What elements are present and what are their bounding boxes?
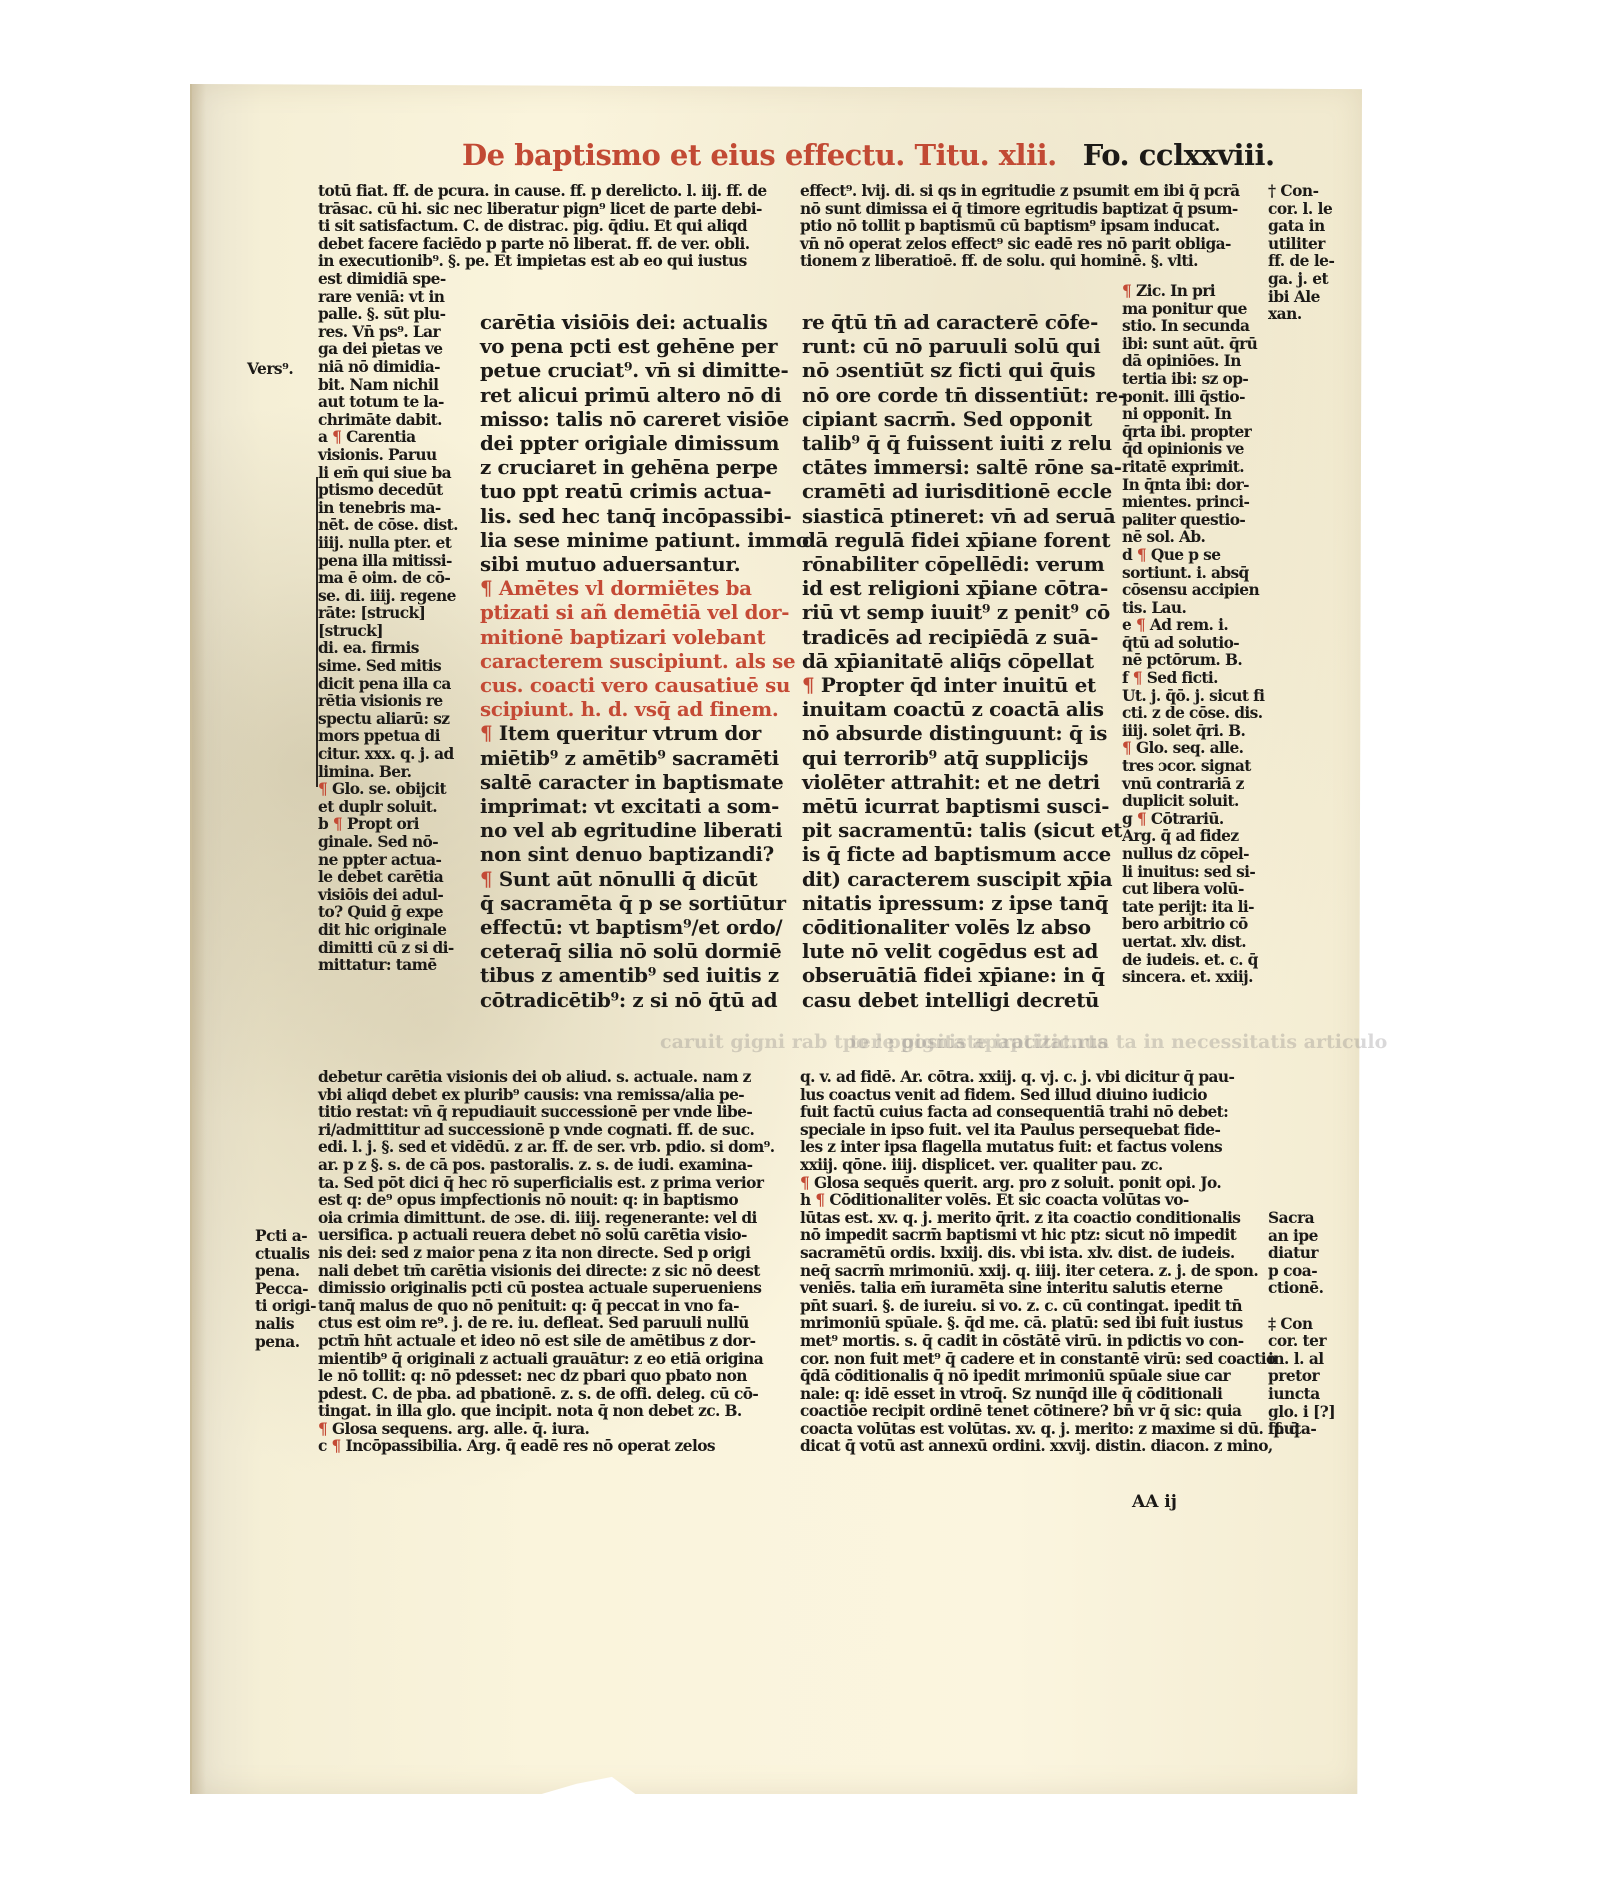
paragraph-mark-icon: ¶ bbox=[802, 673, 814, 697]
gloss-line: xxiij. qōne. iiij. displicet. ver. quali… bbox=[800, 1157, 1299, 1175]
gloss-line: visiōis dei adul- bbox=[318, 887, 458, 905]
text-line: obseruātiā fidei xp̄iane: in q̄ bbox=[802, 963, 1126, 987]
gloss-line: e ¶ Ad rem. i. bbox=[1122, 617, 1264, 635]
gloss-line: lus coactus venit ad fidem. Sed illud di… bbox=[800, 1087, 1299, 1105]
gloss-line: veniēs. talia em̄ iuramēta sine interitu… bbox=[800, 1280, 1299, 1298]
ghost-line: ter pposita apaptizat.rta bbox=[850, 1031, 1109, 1053]
gloss-line: le nō tollit: q: nō pdesset: nec dz pbar… bbox=[318, 1368, 775, 1386]
gloss-line: Arg. q̄ ad fidez bbox=[1122, 828, 1264, 846]
gloss-line: pdest. C. de pba. ad pbationē. z. s. de … bbox=[318, 1386, 775, 1404]
margin-line: Sacra bbox=[1268, 1210, 1335, 1228]
text-line: dei ppter origiale dimissum bbox=[480, 431, 809, 455]
gloss-line: iiij. nulla pter. et bbox=[318, 535, 458, 553]
margin-line bbox=[1268, 1298, 1335, 1316]
text-line: pit sacramentū: talis (sicut et bbox=[802, 818, 1126, 842]
text-line: petue cruciat⁹. vn̄ si dimitte- bbox=[480, 358, 809, 382]
margin-line: utiliter bbox=[1268, 236, 1334, 254]
gloss-line: speciale in ipso fuit. vel ita Paulus pe… bbox=[800, 1122, 1299, 1140]
text-line: inuitam coactū z coactā alis bbox=[802, 697, 1126, 721]
gloss-line: dimitti cū z si di- bbox=[318, 940, 458, 958]
gloss-line: ta. Sed pōt dici q̄ hec rō superficialis… bbox=[318, 1175, 775, 1193]
gloss-line: coacta volūtas est volūtas. xv. q. j. me… bbox=[800, 1421, 1299, 1439]
gloss-line: totū fiat. ff. de pcura. in cause. ff. p… bbox=[318, 183, 767, 201]
rubric-line: ¶ Amētes vl dormiētes ba bbox=[480, 576, 809, 600]
gloss-line: cut libera volū- bbox=[1122, 881, 1264, 899]
gloss-line: visionis. Paruu bbox=[318, 447, 458, 465]
gloss-line: paliter questio- bbox=[1122, 512, 1264, 530]
gloss-line: dit hic originale bbox=[318, 922, 458, 940]
text-line: id est religioni xp̄iane cōtra- bbox=[802, 576, 1126, 600]
margin-line: pena. bbox=[255, 1334, 316, 1352]
gloss-line: ¶ Zic. In pri bbox=[1122, 283, 1264, 301]
gloss-line: mientib⁹ q̄ originali z actuali grauātur… bbox=[318, 1351, 775, 1369]
gloss-line: mittatur: tamē bbox=[318, 957, 458, 975]
text-line: ¶ Propter q̄d inter inuitū et bbox=[802, 673, 1126, 697]
paragraph-mark-icon: ¶ bbox=[480, 867, 492, 891]
gloss-line: ginale. Sed nō- bbox=[318, 834, 458, 852]
gloss-line: spectu aliarū: sz bbox=[318, 711, 458, 729]
paragraph-mark-icon: ¶ bbox=[1137, 810, 1146, 828]
gloss-line: ni opponit. In bbox=[1122, 406, 1264, 424]
margin-line: cor. ter bbox=[1268, 1333, 1335, 1351]
gloss-line: res. Vn̄ ps⁹. Lar bbox=[318, 324, 458, 342]
text-line: ret alicui primū altero nō di bbox=[480, 383, 809, 407]
margin-line: ti origi- bbox=[255, 1298, 316, 1316]
text-line: dit) caracterem suscipit xp̄ia bbox=[802, 867, 1126, 891]
gloss-line: est q: de⁹ opus impfectionis nō nouit: q… bbox=[318, 1192, 775, 1210]
gloss-line: chrimāte dabit. bbox=[318, 412, 458, 430]
text-line: nō ore corde tn̄ dissentiūt: re- bbox=[802, 383, 1126, 407]
gloss-line: ¶ Glo. se. obijcit bbox=[318, 781, 458, 799]
main-text-column-right: re q̄tū tn̄ ad caracterē cōfe- runt: cū … bbox=[802, 310, 1126, 1012]
gloss-line: nē sol. Ab. bbox=[1122, 529, 1264, 547]
gloss-line: nō sunt dimissa ei q̄ timore egritudis b… bbox=[800, 201, 1240, 219]
paragraph-mark-icon: ¶ bbox=[1137, 546, 1146, 564]
margin-line: gata in bbox=[1268, 218, 1334, 236]
text-line: saltē caracter in baptismate bbox=[480, 770, 809, 794]
gloss-line: pena illa mitissi- bbox=[318, 553, 458, 571]
gloss-line: q. v. ad fidē. Ar. cōtra. xxiij. q. vj. … bbox=[800, 1069, 1299, 1087]
gloss-line: fuit factū cuius facta ad consequentiā t… bbox=[800, 1104, 1299, 1122]
gloss-line: mientes. princi- bbox=[1122, 494, 1264, 512]
paragraph-mark-icon: ¶ bbox=[815, 1191, 824, 1209]
top-gloss-left: totū fiat. ff. de pcura. in cause. ff. p… bbox=[318, 183, 767, 271]
gloss-line: duplicit soluit. bbox=[1122, 793, 1264, 811]
margin-line: nalis bbox=[255, 1316, 316, 1334]
gloss-line: nale: q: idē esset in vtroq̄. Sz nunq̄d … bbox=[800, 1386, 1299, 1404]
gloss-line: et duplr soluit. bbox=[318, 799, 458, 817]
text-line: lia sese minime patiunt. immo bbox=[480, 528, 809, 552]
gloss-line: effect⁹. lvij. di. si qs in egritudie z … bbox=[800, 183, 1240, 201]
gloss-line: est dimidiā spe- bbox=[318, 271, 458, 289]
gloss-line: limina. Ber. bbox=[318, 764, 458, 782]
text-line: rōnabiliter cōpellēdi: verum bbox=[802, 552, 1126, 576]
gloss-line: ar. p z §. s. de cā pos. pastoralis. z. … bbox=[318, 1157, 775, 1175]
gloss-line: ptio nō tollit p baptismū cū baptism⁹ ip… bbox=[800, 218, 1240, 236]
gloss-line: niā nō dimidia- bbox=[318, 359, 458, 377]
gloss-line: uersifica. p actuali reuera debet nō sol… bbox=[318, 1227, 775, 1245]
gloss-line: debet facere faciēdo p parte nō liberat.… bbox=[318, 236, 767, 254]
margin-line: † Con- bbox=[1268, 183, 1334, 201]
paragraph-mark-icon: ¶ bbox=[318, 1420, 327, 1438]
text-line: vo pena pcti est gehēne per bbox=[480, 334, 809, 358]
main-text-column-left: carētia visiōis dei: actualis vo pena pc… bbox=[480, 310, 809, 1012]
gloss-line: di. ea. firmis bbox=[318, 640, 458, 658]
outer-margin-note-bottom: Sacra an ipe diatur p coa- ctionē. ‡ Con… bbox=[1268, 1210, 1335, 1439]
text-line: runt: cū nō paruuli solū qui bbox=[802, 334, 1126, 358]
text-line: cōditionaliter volēs lz abso bbox=[802, 915, 1126, 939]
ghost-line: ta in necessitatis articulo bbox=[1116, 1031, 1388, 1053]
margin-line: in. l. al bbox=[1268, 1351, 1335, 1369]
gloss-line: bero arbitrio cō bbox=[1122, 916, 1264, 934]
gloss-line: In q̄nta ibi: dor- bbox=[1122, 477, 1264, 495]
paragraph-mark-icon: ¶ bbox=[332, 1437, 341, 1455]
text-line: imprimat: vt excitati a som- bbox=[480, 794, 809, 818]
text-line: ¶ Sunt aūt nōnulli q̄ dicūt bbox=[480, 867, 809, 891]
gloss-line: in executionib⁹. §. pe. Et impietas est … bbox=[318, 253, 767, 271]
gloss-line: edi. l. j. §. sed et vidēdū. z ar. ff. d… bbox=[318, 1139, 775, 1157]
gloss-line: tertia ibi: sz op- bbox=[1122, 371, 1264, 389]
gloss-line: g ¶ Cōtrariū. bbox=[1122, 811, 1264, 829]
gloss-line: ponit. illi q̄stio- bbox=[1122, 389, 1264, 407]
margin-line: an ipe bbox=[1268, 1228, 1335, 1246]
gloss-line: ne ppter actua- bbox=[318, 852, 458, 870]
gloss-line: h ¶ Cōditionaliter volēs. Et sic coacta … bbox=[800, 1192, 1299, 1210]
paragraph-mark-icon: ¶ bbox=[332, 428, 341, 446]
rubric-line: scipiunt. h. d. vsq̄ ad finem. bbox=[480, 697, 809, 721]
gloss-line: iiij. solet q̄ri. B. bbox=[1122, 723, 1264, 741]
gloss-line: le debet carētia bbox=[318, 869, 458, 887]
margin-line: Pcti a- bbox=[255, 1228, 316, 1246]
paragraph-mark-icon: ¶ bbox=[333, 815, 342, 833]
gloss-line: rāte: [struck] bbox=[318, 605, 458, 623]
gloss-line: nēt. de cōse. dist. bbox=[318, 517, 458, 535]
text-line: nitatis ipressum: z ipse tanq̄ bbox=[802, 891, 1126, 915]
gloss-line: tis. Lau. bbox=[1122, 600, 1264, 618]
gloss-line: nō impedit sacrm̄ baptismi vt hic ptz: s… bbox=[800, 1227, 1299, 1245]
right-gloss-column: ¶ Zic. In pri ma ponitur que stio. In se… bbox=[1122, 283, 1264, 987]
paragraph-mark-icon: ¶ bbox=[480, 576, 492, 600]
gloss-line: mrimoniū spūale. §. q̄d me. cā. platū: s… bbox=[800, 1315, 1299, 1333]
paragraph-mark-icon: ¶ bbox=[1136, 616, 1145, 634]
text-line: miētib⁹ z amētib⁹ sacramēti bbox=[480, 746, 809, 770]
rubric-line: ptizati si añ demētiā vel dor- bbox=[480, 600, 809, 624]
gloss-line: neq̄ sacrm̄ mrimoniū. xxij. q. iiij. ite… bbox=[800, 1263, 1299, 1281]
text-line: ¶ Item queritur vtrum dor bbox=[480, 721, 809, 745]
gloss-line: ¶ Glo. seq. alle. bbox=[1122, 740, 1264, 758]
margin-line: glo. i [?] bbox=[1268, 1404, 1335, 1422]
deckled-edge bbox=[190, 84, 206, 1794]
text-line: riū vt semp iuuit⁹ z penit⁹ cō bbox=[802, 600, 1126, 624]
gloss-line: uertat. xlv. dist. bbox=[1122, 934, 1264, 952]
gloss-line: trāsac. cū hi. sic nec liberatur pign⁹ l… bbox=[318, 201, 767, 219]
gloss-line: ptismo decedūt bbox=[318, 482, 458, 500]
margin-note-vers: Vers⁹. bbox=[247, 361, 293, 379]
gloss-line: li em̄ qui siue ba bbox=[318, 465, 458, 483]
text-line: misso: talis nō careret visiōe bbox=[480, 407, 809, 431]
text-line: dā regulā fidei xp̄iane forent bbox=[802, 528, 1126, 552]
gloss-line: q̄d opinionis ve bbox=[1122, 441, 1264, 459]
gloss-line: sortiunt. i. absq̄ bbox=[1122, 565, 1264, 583]
text-line: cipiant sacrm̄. Sed opponit bbox=[802, 407, 1126, 431]
chapter-title: De baptismo et eius effectu. Titu. xlii. bbox=[462, 138, 1057, 172]
text-line: talib⁹ q̄ q̄ fuissent iuiti z relu bbox=[802, 431, 1126, 455]
text-line: casu debet intelligi decretū bbox=[802, 988, 1126, 1012]
text-line: is q̄ ficte ad baptismum acce bbox=[802, 842, 1126, 866]
margin-line: pena. bbox=[255, 1263, 316, 1281]
gloss-line: in tenebris ma- bbox=[318, 500, 458, 518]
outer-margin-note: † Con- cor. l. le gata in utiliter ff. d… bbox=[1268, 183, 1334, 324]
gloss-line: pn̄t suari. §. de iureiu. si vo. z. c. c… bbox=[800, 1298, 1299, 1316]
gloss-line: ¶ Glosa sequēs querit. arg. pro z soluit… bbox=[800, 1175, 1299, 1193]
gloss-line: ibi: sunt aūt. q̄rū bbox=[1122, 336, 1264, 354]
gloss-line: vn̄ nō operat zelos effect⁹ sic eadē res… bbox=[800, 236, 1240, 254]
margin-line: ctualis bbox=[255, 1246, 316, 1264]
text-line: dā xp̄ianitatē aliq̄s cōpellat bbox=[802, 649, 1126, 673]
margin-line: ctionē. bbox=[1268, 1280, 1335, 1298]
gloss-line: sime. Sed mitis bbox=[318, 658, 458, 676]
gloss-line: sacramētū ordis. lxxiij. dis. vbi ista. … bbox=[800, 1245, 1299, 1263]
gloss-line: ma ē oim. de cō- bbox=[318, 570, 458, 588]
gloss-line: rare veniā: vt in bbox=[318, 289, 458, 307]
text-line: nō absurde distinguunt: q̄ is bbox=[802, 721, 1126, 745]
gloss-line: cōsensu accipien bbox=[1122, 582, 1264, 600]
text-line: lis. sed hec tanq̄ incōpassibi- bbox=[480, 504, 809, 528]
text-line: mētū icurrat baptismi susci- bbox=[802, 794, 1126, 818]
gloss-line: f ¶ Sed ficti. bbox=[1122, 670, 1264, 688]
gloss-line: citur. xxx. q. j. ad bbox=[318, 746, 458, 764]
gloss-line: sincera. et. xxiij. bbox=[1122, 969, 1264, 987]
gloss-line: rētia visionis re bbox=[318, 693, 458, 711]
margin-line: Pecca- bbox=[255, 1281, 316, 1299]
gloss-line: nali debet tm̄ carētia visionis dei dire… bbox=[318, 1263, 775, 1281]
gloss-line: ri/admittitur ad successionē p vnde cogn… bbox=[318, 1122, 775, 1140]
text-line: tibus z amentib⁹ sed iuitis z bbox=[480, 963, 809, 987]
running-header: De baptismo et eius effectu. Titu. xlii.… bbox=[462, 138, 1275, 178]
margin-line: cor. l. le bbox=[1268, 201, 1334, 219]
rubric-line: caracterem suscipiunt. als se bbox=[480, 649, 809, 673]
margin-line: iputa- bbox=[1268, 1421, 1335, 1439]
gloss-line: dicat q̄ votū ast annexū ordini. xxvij. … bbox=[800, 1438, 1299, 1456]
gloss-line: c ¶ Incōpassibilia. Arg. q̄ eadē res nō … bbox=[318, 1438, 775, 1456]
gloss-line: stio. In secunda bbox=[1122, 318, 1264, 336]
margin-line: diatur bbox=[1268, 1245, 1335, 1263]
gloss-line: q̄rta ibi. propter bbox=[1122, 424, 1264, 442]
margin-line: ibi Ale bbox=[1268, 289, 1334, 307]
text-line: non sint denuo baptizandi? bbox=[480, 842, 809, 866]
text-line: nō ɔsentiūt sz ficti qui q̄uis bbox=[802, 358, 1126, 382]
gloss-line: ctus est oim re⁹. j. de re. iu. defleat.… bbox=[318, 1315, 775, 1333]
rubric-line: mitionē baptizari volebant bbox=[480, 625, 809, 649]
ghost-line: caruit gigni rab tpo bbox=[660, 1031, 869, 1053]
gloss-line: d ¶ Que p se bbox=[1122, 547, 1264, 565]
folio-number: Fo. cclxxviii. bbox=[1083, 138, 1275, 172]
paragraph-mark-icon: ¶ bbox=[1122, 282, 1131, 300]
bottom-gloss-left: debetur carētia visionis dei ob aliud. s… bbox=[318, 1069, 775, 1456]
gloss-line: [struck] bbox=[318, 623, 458, 641]
bottom-gloss-right: q. v. ad fidē. Ar. cōtra. xxiij. q. vj. … bbox=[800, 1069, 1299, 1456]
margin-line: Vers⁹. bbox=[247, 360, 293, 378]
margin-line: p coa- bbox=[1268, 1263, 1335, 1281]
gloss-line: nullus dz cōpel- bbox=[1122, 846, 1264, 864]
left-gloss-column: est dimidiā spe- rare veniā: vt in palle… bbox=[318, 271, 458, 975]
show-through-text: ter pposita apaptizat.rta ta in necessit… bbox=[850, 1030, 1387, 1054]
gloss-line: aut totum te la- bbox=[318, 394, 458, 412]
paragraph-mark-icon: ¶ bbox=[318, 780, 327, 798]
paragraph-mark-icon: ¶ bbox=[800, 1174, 809, 1192]
gloss-line: titio restat: vn̄ q̄ repudiauit successi… bbox=[318, 1104, 775, 1122]
text-line: no vel ab egritudine liberati bbox=[480, 818, 809, 842]
text-line: q̄ sacramēta q̄ p se sortiūtur bbox=[480, 891, 809, 915]
gloss-line: li inuitus: sed si- bbox=[1122, 864, 1264, 882]
text-line: effectū: vt baptism⁹/et ordo/ bbox=[480, 915, 809, 939]
gloss-line: tate perijt: ita li- bbox=[1122, 899, 1264, 917]
text-line: cramēti ad iurisditionē eccle bbox=[802, 479, 1126, 503]
text-line: sibi mutuo aduersantur. bbox=[480, 552, 809, 576]
signature-mark: AA ij bbox=[1132, 1492, 1177, 1512]
gloss-line: vnū contrariā z bbox=[1122, 776, 1264, 794]
margin-line: pretor bbox=[1268, 1368, 1335, 1386]
gloss-line: mors ppetua di bbox=[318, 728, 458, 746]
gloss-line: tres ɔcor. signat bbox=[1122, 758, 1264, 776]
gloss-line: q̄dā cōditionalis q̄ nō ipedit mrimoniū … bbox=[800, 1368, 1299, 1386]
margin-line: ga. j. et bbox=[1268, 271, 1334, 289]
gloss-line: ga dei pietas ve bbox=[318, 341, 458, 359]
text-line: qui terrorib⁹ atq̄ supplicijs bbox=[802, 746, 1126, 770]
text-line: ceteraq̄ silia nō solū dormiē bbox=[480, 939, 809, 963]
margin-note-pena: Pcti a- ctualis pena. Pecca- ti origi- n… bbox=[255, 1228, 316, 1351]
gloss-line: pctm̄ hn̄t actuale et ideo nō est sile d… bbox=[318, 1333, 775, 1351]
text-line: violēter attrahit: et ne detri bbox=[802, 770, 1126, 794]
margin-line: ff. de le- bbox=[1268, 253, 1334, 271]
gloss-line: de iudeis. et. c. q̄ bbox=[1122, 952, 1264, 970]
gloss-line: ¶ Glosa sequens. arg. alle. q̄. iura. bbox=[318, 1421, 775, 1439]
gloss-line: palle. §. sūt plu- bbox=[318, 306, 458, 324]
gloss-line: oia crimia dimittunt. de ɔse. di. iiij. … bbox=[318, 1210, 775, 1228]
text-line: lute nō velit cogēdus est ad bbox=[802, 939, 1126, 963]
gloss-line: ritatē exprimit. bbox=[1122, 459, 1264, 477]
gloss-line: bit. Nam nichil bbox=[318, 377, 458, 395]
gloss-line: les z inter ipsa flagella mutatus fuit: … bbox=[800, 1139, 1299, 1157]
rubric-line: cus. coacti vero causatiuē su bbox=[480, 673, 809, 697]
gloss-line: lūtas est. xv. q. j. merito q̄rit. z ita… bbox=[800, 1210, 1299, 1228]
gloss-line: coactiōe recipit ordinē tenet cōtinere? … bbox=[800, 1403, 1299, 1421]
gloss-line: Ut. j. q̄ō. j. sicut fi bbox=[1122, 688, 1264, 706]
margin-line: xan. bbox=[1268, 306, 1334, 324]
text-line: tuo ppt reatū crimis actua- bbox=[480, 479, 809, 503]
top-gloss-right: effect⁹. lvij. di. si qs in egritudie z … bbox=[800, 183, 1240, 271]
text-line: siasticā ptineret: vn̄ ad seruā bbox=[802, 504, 1126, 528]
gloss-line: nē pctōrum. B. bbox=[1122, 652, 1264, 670]
gloss-line: dicit pena illa ca bbox=[318, 676, 458, 694]
gloss-line: b ¶ Propt ori bbox=[318, 816, 458, 834]
gloss-line: ti sit satisfactum. C. de distrac. pig. … bbox=[318, 218, 767, 236]
text-line: cōtradicētib⁹: z si nō q̄tū ad bbox=[480, 988, 809, 1012]
text-line: z cruciaret in gehēna perpe bbox=[480, 455, 809, 479]
gloss-line: to? Quid ḡ expe bbox=[318, 904, 458, 922]
paragraph-mark-icon: ¶ bbox=[1133, 669, 1142, 687]
gloss-line: cti. z de cōse. dis. bbox=[1122, 705, 1264, 723]
gloss-line: cor. non fuit met⁹ q̄ cadere et in const… bbox=[800, 1351, 1299, 1369]
text-line: carētia visiōis dei: actualis bbox=[480, 310, 809, 334]
gloss-line: se. di. iiij. regene bbox=[318, 588, 458, 606]
margin-line: ‡ Con bbox=[1268, 1316, 1335, 1334]
gloss-line: tanq̄ malus de quo nō penituit: q: q̄ pe… bbox=[318, 1298, 775, 1316]
gloss-line: met⁹ mortis. s. q̄ cadit in cōstātē virū… bbox=[800, 1333, 1299, 1351]
gloss-line: tingat. in illa glo. que incipit. nota q… bbox=[318, 1403, 775, 1421]
gloss-line: dimissio originalis pcti cū postea actua… bbox=[318, 1280, 775, 1298]
gloss-line: vbi aliqd debet ex plurib⁹ causis: vna r… bbox=[318, 1087, 775, 1105]
text-line: re q̄tū tn̄ ad caracterē cōfe- bbox=[802, 310, 1126, 334]
gloss-line: nis dei: sed z maior pena z ita non dire… bbox=[318, 1245, 775, 1263]
gloss-line: a ¶ Carentia bbox=[318, 429, 458, 447]
text-line: ctātes immersi: saltē rōne sa- bbox=[802, 455, 1126, 479]
margin-line: iuncta bbox=[1268, 1386, 1335, 1404]
paragraph-mark-icon: ¶ bbox=[1122, 739, 1131, 757]
gloss-line: q̄tū ad solutio- bbox=[1122, 635, 1264, 653]
gloss-line: dā opiniōes. In bbox=[1122, 353, 1264, 371]
paragraph-mark-icon: ¶ bbox=[480, 721, 492, 745]
text-line: tradicēs ad recipiēdā z suā- bbox=[802, 625, 1126, 649]
gloss-line: debetur carētia visionis dei ob aliud. s… bbox=[318, 1069, 775, 1087]
gloss-line: ma ponitur que bbox=[1122, 301, 1264, 319]
gloss-line: tionem z liberatioē. ff. de solu. qui ho… bbox=[800, 253, 1240, 271]
